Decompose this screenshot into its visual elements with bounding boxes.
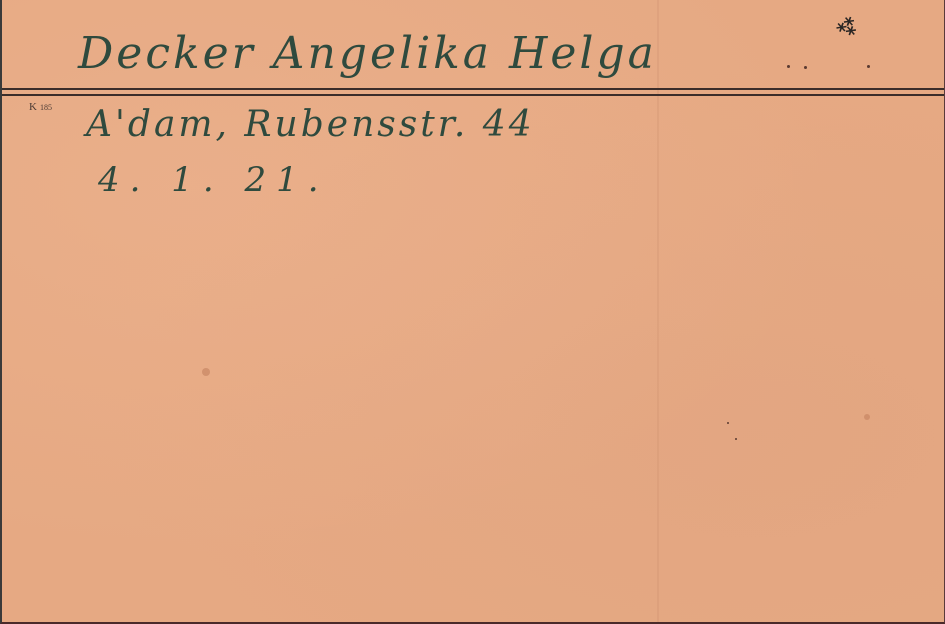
ink-speck	[787, 65, 790, 68]
ink-blot-mark-icon: ⁂	[834, 11, 861, 41]
ink-speck	[735, 438, 737, 440]
form-code-letter: K	[29, 101, 37, 113]
stain-spot	[864, 414, 870, 420]
handwritten-address: A'dam, Rubensstr. 44	[86, 104, 535, 145]
form-code: K185	[29, 101, 52, 113]
ink-speck	[804, 66, 807, 69]
ink-speck	[727, 422, 729, 424]
header-rule-bottom	[2, 94, 945, 96]
stain-spot	[202, 368, 210, 376]
form-code-number: 185	[40, 103, 52, 112]
handwritten-name: Decker Angelika Helga	[78, 28, 657, 79]
ink-speck	[867, 65, 870, 68]
index-card: Decker Angelika Helga K185 A'dam, Rubens…	[0, 0, 945, 624]
handwritten-date: 4. 1. 21.	[98, 160, 329, 200]
header-rule-top	[2, 88, 945, 90]
